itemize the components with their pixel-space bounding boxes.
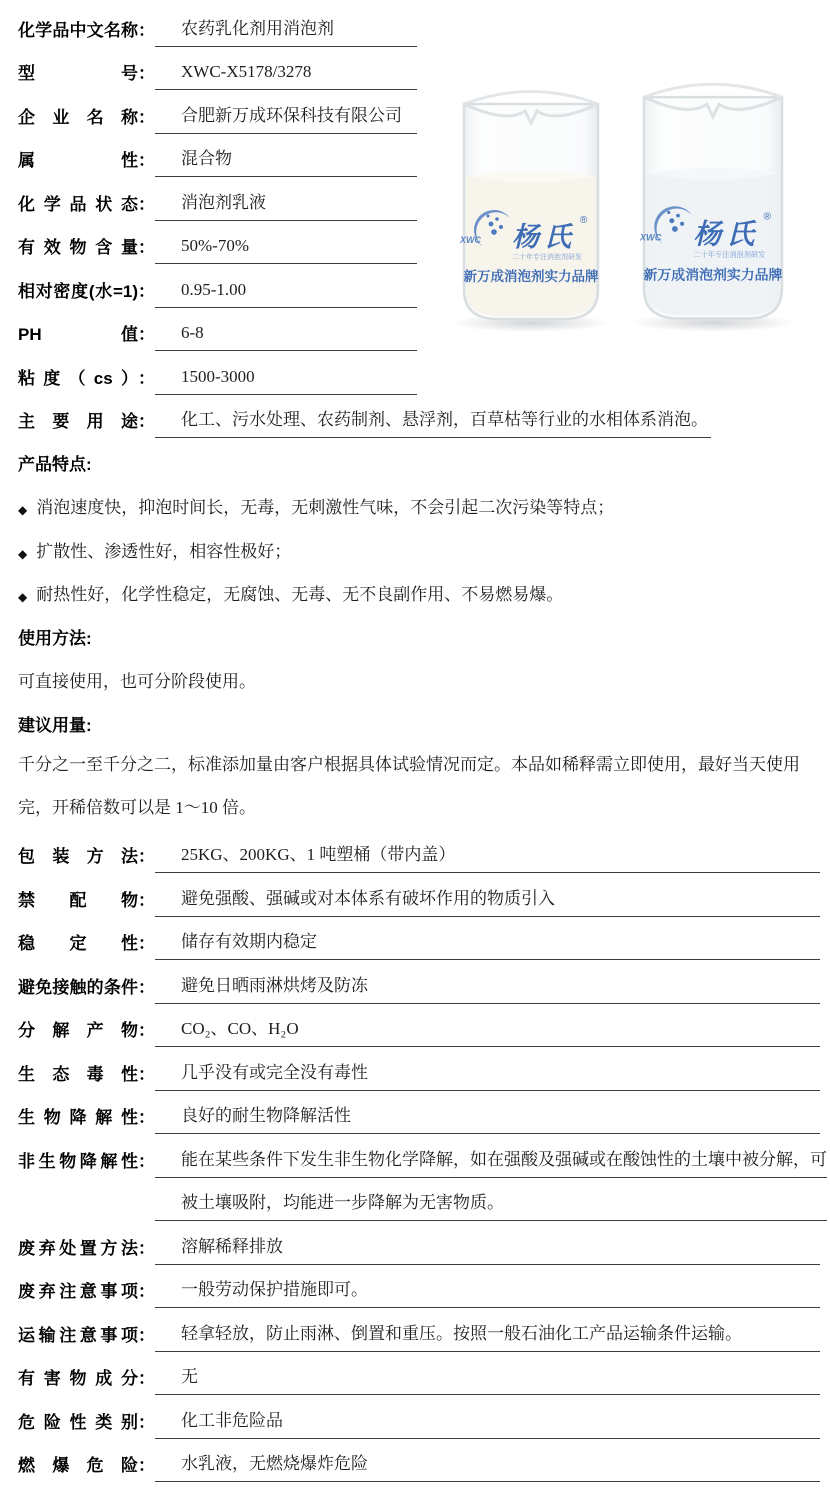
- beaker-rim-back: [464, 92, 598, 105]
- field-label: 危险性类别: [18, 1414, 138, 1439]
- field-value-line-1: 能在某些条件下发生非生物化学降解，如在强酸及强碱或在酸蚀性的土壤中被分解，可: [155, 1151, 827, 1178]
- feature-bullet-3: ◆ 耐热性好，化学性稳定，无腐蚀、无毒、无不良副作用、不易燃易爆。: [18, 569, 820, 613]
- label-colon: ：: [138, 22, 155, 47]
- field-row-disposal-method: 废弃处置方法： 溶解稀释排放: [18, 1221, 820, 1265]
- field-value: 避免强酸、强碱或对本体系有破坏作用的物质引入: [155, 890, 820, 917]
- field-value: 轻拿轻放，防止雨淋、倒置和重压。按照一般石油化工产品运输条件运输。: [155, 1325, 820, 1352]
- field-value: 无: [155, 1368, 820, 1395]
- field-row-non-bio-degradability: 非生物降解性： 能在某些条件下发生非生物化学降解，如在强酸及强碱或在酸蚀性的土壤…: [18, 1134, 820, 1221]
- label-colon: ：: [138, 848, 155, 873]
- label-colon: ：: [138, 979, 155, 1004]
- label-colon: ：: [138, 1370, 155, 1395]
- brand-slogan: 新万成消泡剂实力品牌: [644, 266, 783, 282]
- field-label: 企业名称: [18, 109, 138, 134]
- label-colon: ：: [138, 196, 155, 221]
- field-label: 主要用途: [18, 413, 138, 438]
- field-value: 几乎没有或完全没有毒性: [155, 1064, 820, 1091]
- label-colon: ：: [138, 1153, 155, 1178]
- field-value: 25KG、200KG、1 吨塑桶（带内盖）: [155, 846, 820, 873]
- field-value: 50%-70%: [155, 237, 417, 264]
- brand-tagline: 二十年专注消泡剂研发: [512, 252, 582, 261]
- label-colon: ：: [138, 326, 155, 351]
- label-colon: ：: [138, 283, 155, 308]
- diamond-bullet-icon: ◆: [18, 548, 27, 569]
- field-value: 化工非危险品: [155, 1412, 820, 1439]
- label-colon: ：: [138, 65, 155, 90]
- beaker-clear-liquid: XWC 杨氏 ® 二十年专注消泡剂研发 新万成消泡剂实力品牌: [624, 58, 802, 334]
- field-label: 避免接触的条件: [18, 979, 138, 1004]
- registered-mark: ®: [580, 215, 588, 226]
- usage-method-text: 可直接使用，也可分阶段使用。: [18, 656, 820, 700]
- field-value: 农药乳化剂用消泡剂: [155, 20, 417, 47]
- label-colon: ：: [138, 1283, 155, 1308]
- label-colon: ：: [138, 1414, 155, 1439]
- field-label: 相对密度(水=1): [18, 283, 138, 308]
- field-label: 粘度（cs）: [18, 370, 138, 395]
- field-label: 属性: [18, 152, 138, 177]
- field-row-decomposition-products: 分解产物： CO₂、CO、H₂O: [18, 1004, 820, 1048]
- field-label: PH 值: [18, 326, 138, 351]
- label-colon: ：: [138, 1109, 155, 1134]
- diamond-bullet-icon: ◆: [18, 591, 27, 612]
- label-colon: ：: [138, 1457, 155, 1482]
- dosage-text: 千分之一至千分之二，标准添加量由客户根据具体试验情况而定。本品如稀释需立即使用，…: [18, 743, 820, 830]
- field-label: 运输注意事项: [18, 1327, 138, 1352]
- field-label: 有害物成分: [18, 1370, 138, 1395]
- product-photo: XWC 杨氏 ® 二十年专注消泡剂研发 新万成消泡剂实力品牌: [446, 58, 806, 336]
- field-label: 稳定性: [18, 935, 138, 960]
- label-colon: ：: [138, 370, 155, 395]
- field-row-disposal-precautions: 废弃注意事项： 一般劳动保护措施即可。: [18, 1265, 820, 1309]
- label-colon: ：: [138, 152, 155, 177]
- section-heading-usage-method: 使用方法:: [18, 612, 820, 656]
- field-label: 生物降解性: [18, 1109, 138, 1134]
- field-label: 分解产物: [18, 1022, 138, 1047]
- field-row-transport-precautions: 运输注意事项： 轻拿轻放，防止雨淋、倒置和重压。按照一般石油化工产品运输条件运输…: [18, 1308, 820, 1352]
- field-row-incompatibles: 禁配物： 避免强酸、强碱或对本体系有破坏作用的物质引入: [18, 873, 820, 917]
- field-label: 型号: [18, 65, 138, 90]
- label-colon: ：: [138, 239, 155, 264]
- xwc-logo-text: XWC: [459, 235, 481, 245]
- field-row-packaging: 包装方法： 25KG、200KG、1 吨塑桶（带内盖）: [18, 830, 820, 874]
- field-label: 包装方法: [18, 848, 138, 873]
- field-label: 化学品状态: [18, 196, 138, 221]
- field-value: 储存有效期内稳定: [155, 933, 820, 960]
- field-row-explosion-hazard: 燃爆危险： 水乳液，无燃烧爆炸危险: [18, 1439, 820, 1483]
- field-value: 消泡剂乳液: [155, 194, 417, 221]
- field-value: CO₂、CO、H₂O: [155, 1020, 820, 1047]
- label-colon: ：: [138, 935, 155, 960]
- field-row-harmful-components: 有害物成分： 无: [18, 1352, 820, 1396]
- label-colon: ：: [138, 1022, 155, 1047]
- field-label: 有效物含量: [18, 239, 138, 264]
- label-colon: ：: [138, 1240, 155, 1265]
- field-row-viscosity: 粘度（cs）： 1500-3000: [18, 351, 820, 395]
- brand-tagline: 二十年专注消泡剂研发: [693, 250, 765, 259]
- field-label: 废弃注意事项: [18, 1283, 138, 1308]
- label-colon: ：: [138, 413, 155, 438]
- field-row-stability: 稳定性： 储存有效期内稳定: [18, 917, 820, 961]
- field-value: 混合物: [155, 150, 417, 177]
- brand-name: 杨氏: [693, 218, 759, 249]
- feature-bullet-2: ◆ 扩散性、渗透性好，相容性极好；: [18, 525, 820, 569]
- field-row-main-usage: 主要用途： 化工、污水处理、农药制剂、悬浮剂，百草枯等行业的水相体系消泡。: [18, 395, 820, 439]
- field-value: 水乳液，无燃烧爆炸危险: [155, 1455, 820, 1482]
- field-value: 合肥新万成环保科技有限公司: [155, 107, 417, 134]
- field-value: 1500-3000: [155, 368, 417, 395]
- field-value: 避免日晒雨淋烘烤及防冻: [155, 977, 820, 1004]
- label-colon: ：: [138, 109, 155, 134]
- field-value: 溶解稀释排放: [155, 1238, 820, 1265]
- field-row-biodegradability: 生物降解性： 良好的耐生物降解活性: [18, 1091, 820, 1135]
- field-value: 良好的耐生物降解活性: [155, 1107, 820, 1134]
- section-heading-dosage: 建议用量:: [18, 699, 820, 743]
- field-value: 化工、污水处理、农药制剂、悬浮剂，百草枯等行业的水相体系消泡。: [155, 411, 711, 438]
- beaker-milky-liquid: XWC 杨氏 ® 二十年专注消泡剂研发 新万成消泡剂实力品牌: [446, 66, 616, 334]
- field-value: 6-8: [155, 324, 417, 351]
- field-row-ecotoxicity: 生态毒性： 几乎没有或完全没有毒性: [18, 1047, 820, 1091]
- field-label: 非生物降解性: [18, 1153, 138, 1178]
- field-label: 禁配物: [18, 892, 138, 917]
- xwc-logo-text: XWC: [639, 232, 662, 242]
- registered-mark: ®: [763, 212, 771, 223]
- brand-name: 杨氏: [512, 222, 576, 252]
- field-row-chemical-name: 化学品中文名称： 农药乳化剂用消泡剂: [18, 3, 820, 47]
- brand-slogan: 新万成消泡剂实力品牌: [464, 268, 599, 284]
- field-row-conditions-to-avoid: 避免接触的条件： 避免日晒雨淋烘烤及防冻: [18, 960, 820, 1004]
- field-label: 化学品中文名称: [18, 22, 138, 47]
- field-value: 0.95-1.00: [155, 281, 417, 308]
- field-label: 废弃处置方法: [18, 1240, 138, 1265]
- field-label: 燃爆危险: [18, 1457, 138, 1482]
- product-spec-document: 化学品中文名称： 农药乳化剂用消泡剂 型号： XWC-X5178/3278 企业…: [0, 0, 830, 1482]
- field-value-line-2: 被土壤吸附，均能进一步降解为无害物质。: [155, 1194, 827, 1221]
- label-colon: ：: [138, 892, 155, 917]
- feature-bullet-1: ◆ 消泡速度快，抑泡时间长，无毒，无刺激性气味，不会引起二次污染等特点；: [18, 482, 820, 526]
- section-heading-features: 产品特点:: [18, 438, 820, 482]
- beaker-rim-back: [644, 84, 782, 97]
- label-colon: ：: [138, 1327, 155, 1352]
- field-value: XWC-X5178/3278: [155, 63, 417, 90]
- diamond-bullet-icon: ◆: [18, 504, 27, 525]
- field-row-hazard-class: 危险性类别： 化工非危险品: [18, 1395, 820, 1439]
- field-value: 一般劳动保护措施即可。: [155, 1281, 820, 1308]
- label-colon: ：: [138, 1066, 155, 1091]
- field-label: 生态毒性: [18, 1066, 138, 1091]
